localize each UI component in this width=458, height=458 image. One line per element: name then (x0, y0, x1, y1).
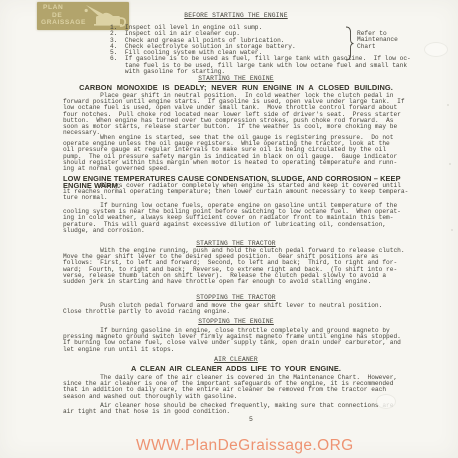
starting-tractor-paragraph: With the engine running, push and hold t… (63, 248, 405, 285)
starting-engine-paragraph-1: Place gear shift in neutral position. In… (63, 93, 405, 136)
low-temp-paragraph-1: Always cover radiator completely when en… (63, 183, 408, 202)
paper-blemish (424, 42, 448, 57)
stamp-text-graissage: GRAISSAGE (41, 20, 86, 27)
watermark: WWW.PlanDeGraissage.ORG (136, 437, 354, 455)
paper-blemish (376, 394, 396, 409)
air-cleaner-paragraph-2: Air cleaner hose should be checked frequ… (63, 403, 393, 415)
page-number: 5 (249, 416, 253, 423)
section-heading-stopping-engine: STOPPING THE ENGINE (63, 319, 409, 325)
section-heading-starting-engine: STARTING THE ENGINE (63, 76, 409, 82)
section-heading-before-starting-engine: BEFORE STARTING THE ENGINE (63, 13, 409, 19)
stopping-engine-paragraph: If burning gasoline in engine, close thr… (63, 328, 401, 353)
paper-speck (449, 163, 451, 165)
maintenance-chart-note: Refer to Maintenance Chart (357, 31, 398, 50)
paper-speck (447, 104, 449, 106)
starting-engine-paragraph-2: When engine is started, see that the oil… (63, 135, 397, 172)
paper-speck (451, 229, 453, 231)
air-cleaner-paragraph-1: The daily care of the air cleaner is cov… (63, 375, 397, 400)
low-temp-paragraph-2: If burning low octane fuels, operate eng… (63, 203, 401, 234)
warning-carbon-monoxide: CARBON MONOXIDE IS DEADLY; NEVER RUN ENG… (63, 84, 409, 91)
section-heading-air-cleaner: AIR CLEANER (63, 357, 409, 363)
section-heading-stopping-tractor: STOPPING THE TRACTOR (63, 295, 409, 301)
brace-icon (345, 26, 354, 61)
manual-page: PLAN DE GRAISSAGE BEFORE STARTING THE EN… (0, 0, 458, 458)
stopping-tractor-paragraph: Push clutch pedal forward and move the g… (63, 303, 382, 315)
stamp-text-plan: PLAN (43, 5, 63, 12)
warning-clean-air-cleaner: A CLEAN AIR CLEANER ADDS LIFE TO YOUR EN… (63, 365, 409, 372)
